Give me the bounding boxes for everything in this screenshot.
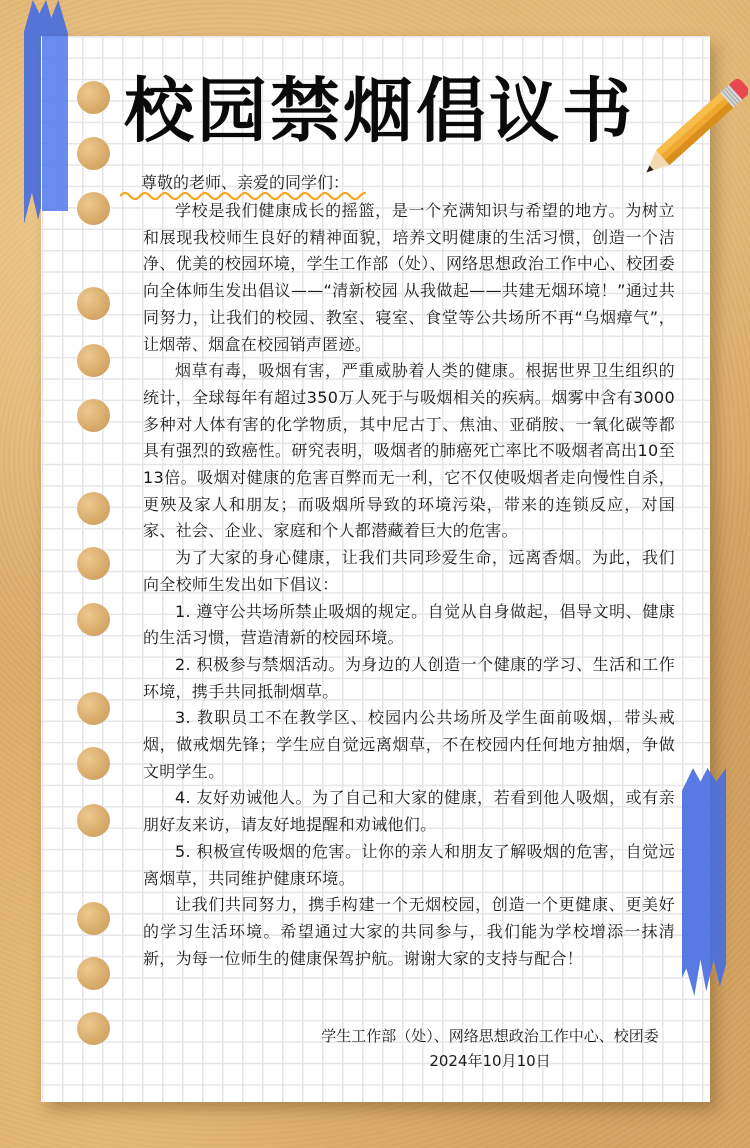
proposal-item-5: 5. 积极宣传吸烟的危害。让你的亲人和朋友了解吸烟的危害，自觉远离烟草，共同维护… (143, 839, 675, 892)
signature-date: 2024年10月10日 (280, 1049, 700, 1074)
binder-hole (77, 81, 110, 114)
binder-hole (77, 137, 110, 170)
binder-hole (77, 344, 110, 377)
binder-hole (77, 603, 110, 636)
binder-hole (77, 692, 110, 725)
signature-org: 学生工作部（处）、网络思想政治工作中心、校团委 (280, 1024, 700, 1049)
proposal-item-1: 1. 遵守公共场所禁止吸烟的规定。自觉从自身做起，倡导文明、健康的生活习惯，营造… (143, 599, 675, 652)
binder-hole (77, 804, 110, 837)
binder-hole (77, 399, 110, 432)
binder-hole (77, 957, 110, 990)
proposal-item-3: 3. 教职员工不在教学区、校园内公共场所及学生面前吸烟，带头戒烟，做戒烟先锋；学… (143, 705, 675, 785)
paragraph-intro: 学校是我们健康成长的摇篮，是一个充满知识与希望的地方。为树立和展现我校师生良好的… (143, 198, 675, 358)
blue-tape-left-overlap (42, 36, 68, 211)
binder-hole (77, 192, 110, 225)
signature-block: 学生工作部（处）、网络思想政治工作中心、校团委 2024年10月10日 (280, 1024, 700, 1074)
proposal-item-2: 2. 积极参与禁烟活动。为身边的人创造一个健康的学习、生活和工作环境，携手共同抵… (143, 652, 675, 705)
binder-hole (77, 287, 110, 320)
blue-tape-right (682, 768, 726, 996)
paragraph-closing: 让我们共同努力，携手构建一个无烟校园，创造一个更健康、更美好的学习生活环境。希望… (143, 892, 675, 972)
paragraph-hazards: 烟草有毒，吸烟有害，严重威胁着人类的健康。根据世界卫生组织的统计，全球每年有超过… (143, 358, 675, 545)
proposal-item-4: 4. 友好劝诫他人。为了自己和大家的健康，若看到他人吸烟，或有亲朋好友来访，请友… (143, 785, 675, 838)
binder-hole (77, 902, 110, 935)
letter-body: 学校是我们健康成长的摇篮，是一个充满知识与希望的地方。为树立和展现我校师生良好的… (143, 198, 675, 972)
binder-hole (77, 747, 110, 780)
paragraph-proposal-lead: 为了大家的身心健康，让我们共同珍爱生命，远离香烟。为此，我们向全校师生发出如下倡… (143, 545, 675, 598)
binder-hole (77, 1012, 110, 1045)
pencil-icon (628, 70, 748, 200)
binder-hole (77, 547, 110, 580)
binder-hole (77, 492, 110, 525)
page-title: 校园禁烟倡议书 (124, 66, 644, 156)
